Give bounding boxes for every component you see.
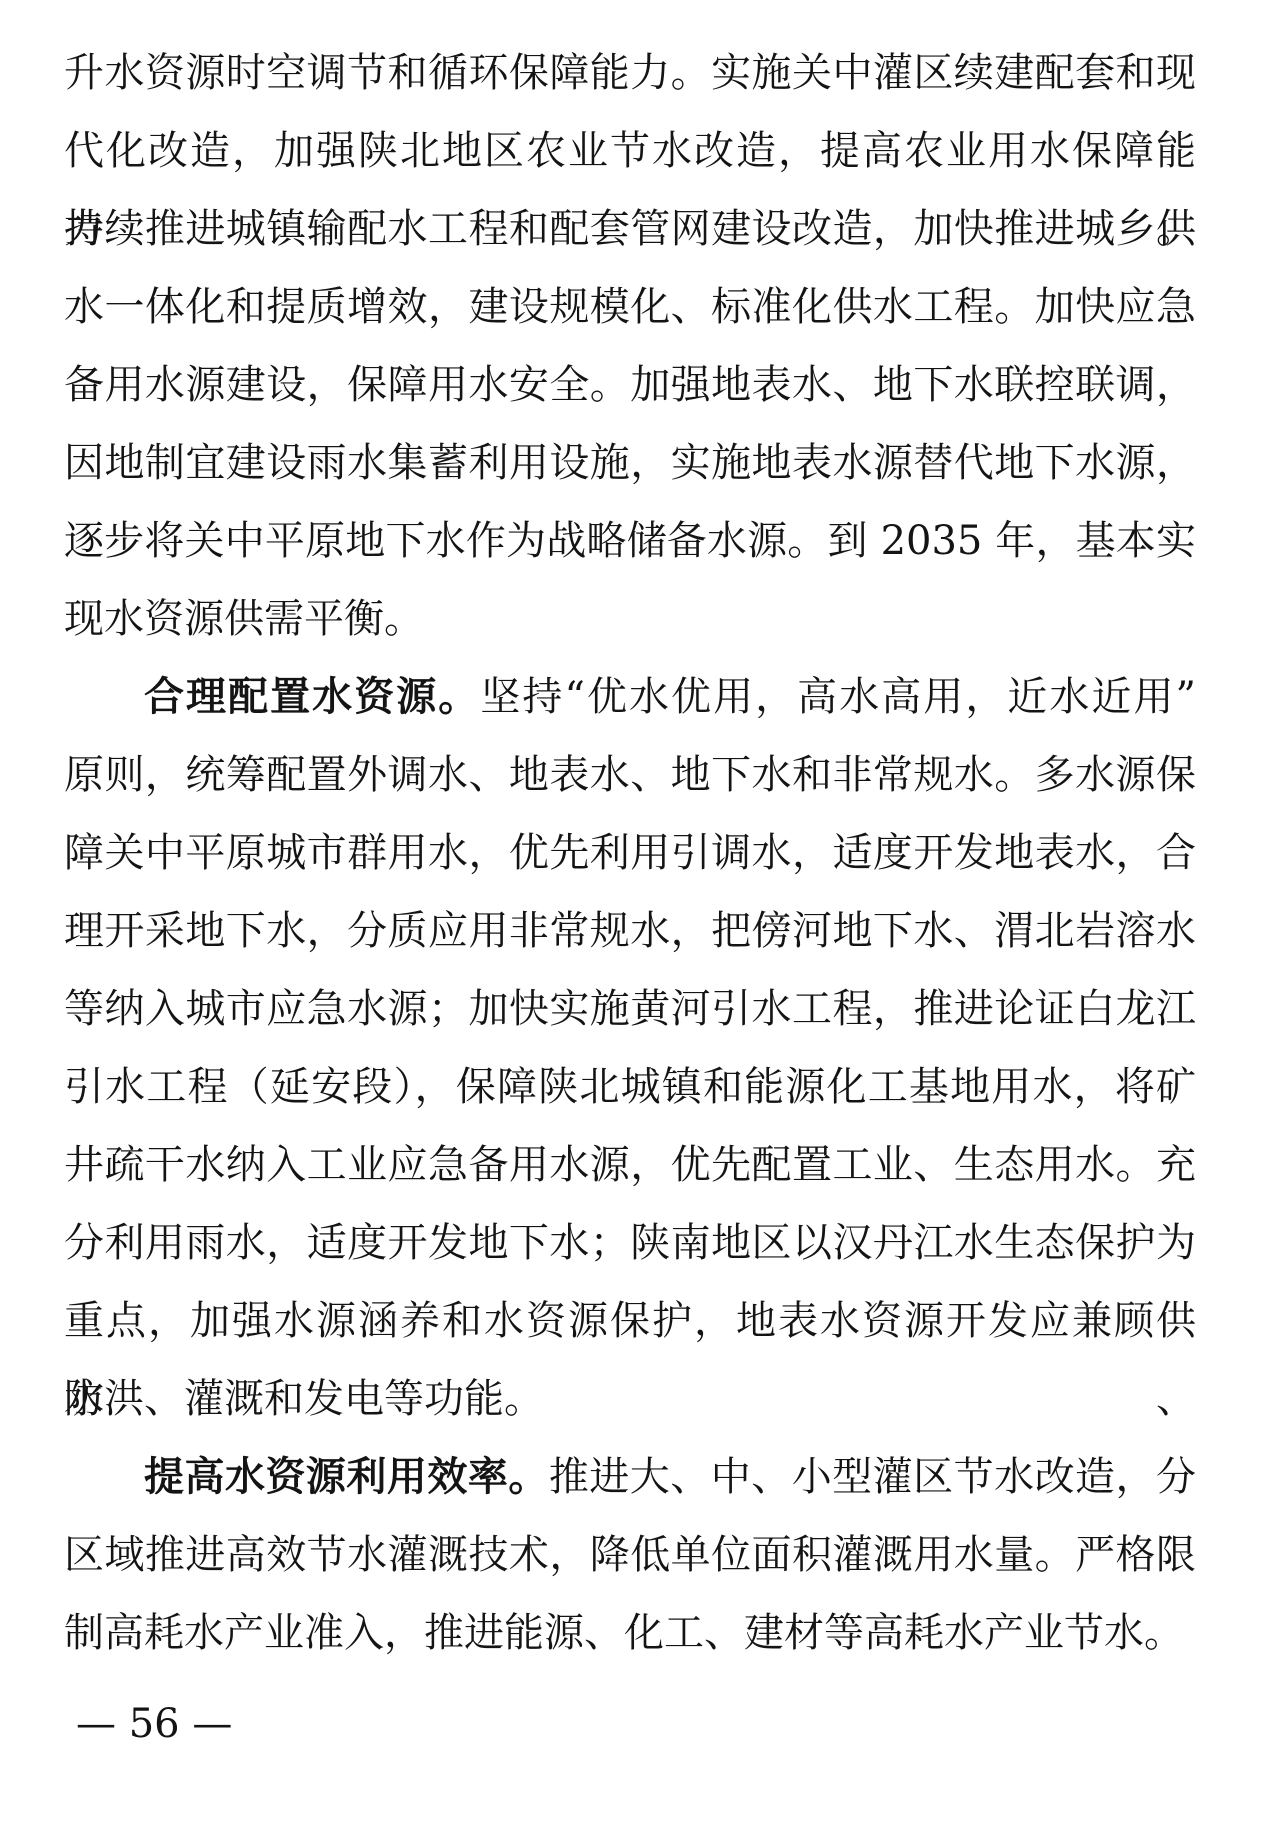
paragraph-lead-bold: 合理配置水资源。: [144, 673, 480, 720]
text-line: 水一体化和提质增效，建设规模化、标准化供水工程。加快应急: [64, 268, 1196, 346]
page-number: — 56 —: [76, 1701, 232, 1747]
document-page: 升水资源时空调节和循环保障能力。实施关中灌区续建配套和现代化改造，加强陕北地区农…: [0, 0, 1280, 1846]
text-line: 等纳入城市应急水源；加快实施黄河引水工程，推进论证白龙江: [64, 970, 1196, 1048]
text-line: 因地制宜建设雨水集蓄利用设施，实施地表水源替代地下水源，: [64, 424, 1196, 502]
text-line: 井疏干水纳入工业应急备用水源，优先配置工业、生态用水。充: [64, 1126, 1196, 1204]
paragraph: 提高水资源利用效率。推进大、中、小型灌区节水改造，分区域推进高效节水灌溉技术，降…: [64, 1438, 1196, 1672]
text-line: 现水资源供需平衡。: [64, 580, 1196, 658]
text-run: 推进大、中、小型灌区节水改造，分: [549, 1454, 1196, 1500]
text-line: 持续推进城镇输配水工程和配套管网建设改造，加快推进城乡供: [64, 190, 1196, 268]
page-footer: — 56 —: [64, 1698, 1196, 1750]
text-line: 升水资源时空调节和循环保障能力。实施关中灌区续建配套和现: [64, 34, 1196, 112]
text-run: 坚持“优水优用，高水高用，近水近用”: [480, 674, 1196, 720]
document-body: 升水资源时空调节和循环保障能力。实施关中灌区续建配套和现代化改造，加强陕北地区农…: [64, 34, 1196, 1672]
text-line: 备用水源建设，保障用水安全。加强地表水、地下水联控联调，: [64, 346, 1196, 424]
text-line: 合理配置水资源。坚持“优水优用，高水高用，近水近用”: [64, 658, 1196, 736]
text-line: 障关中平原城市群用水，优先利用引调水，适度开发地表水，合: [64, 814, 1196, 892]
paragraph: 合理配置水资源。坚持“优水优用，高水高用，近水近用”原则，统筹配置外调水、地表水…: [64, 658, 1196, 1438]
text-line: 逐步将关中平原地下水作为战略储备水源。到 2035 年，基本实: [64, 502, 1196, 580]
paragraph: 升水资源时空调节和循环保障能力。实施关中灌区续建配套和现代化改造，加强陕北地区农…: [64, 34, 1196, 658]
text-line: 提高水资源利用效率。推进大、中、小型灌区节水改造，分: [64, 1438, 1196, 1516]
text-line: 原则，统筹配置外调水、地表水、地下水和非常规水。多水源保: [64, 736, 1196, 814]
text-line: 制高耗水产业准入，推进能源、化工、建材等高耗水产业节水。: [64, 1594, 1196, 1672]
text-line: 引水工程（延安段），保障陕北城镇和能源化工基地用水，将矿: [64, 1048, 1196, 1126]
text-line: 代化改造，加强陕北地区农业节水改造，提高农业用水保障能力。: [64, 112, 1196, 190]
paragraph-lead-bold: 提高水资源利用效率。: [144, 1453, 549, 1500]
text-line: 分利用雨水，适度开发地下水；陕南地区以汉丹江水生态保护为: [64, 1204, 1196, 1282]
text-line: 重点，加强水源涵养和水资源保护，地表水资源开发应兼顾供水、: [64, 1282, 1196, 1360]
text-line: 理开采地下水，分质应用非常规水，把傍河地下水、渭北岩溶水: [64, 892, 1196, 970]
text-line: 区域推进高效节水灌溉技术，降低单位面积灌溉用水量。严格限: [64, 1516, 1196, 1594]
